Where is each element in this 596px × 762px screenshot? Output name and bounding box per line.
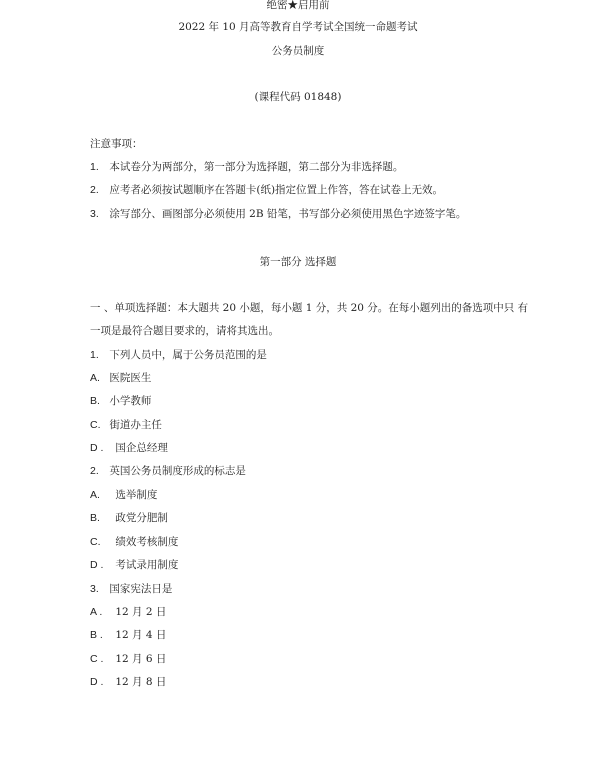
option-text: 12 月 8 日 bbox=[115, 676, 166, 688]
question-text: 下列人员中，属于公务员范围的是 bbox=[109, 349, 267, 361]
option-label: D . bbox=[90, 558, 112, 572]
option-label: A. bbox=[90, 488, 112, 502]
option: A. 医院医生 bbox=[90, 371, 151, 385]
option: C. 绩效考核制度 bbox=[90, 535, 178, 549]
option: D . 12 月 8 日 bbox=[90, 675, 166, 689]
option-label: D . bbox=[90, 675, 112, 689]
question-stem: 2. 英国公务员制度形成的标志是 bbox=[90, 464, 246, 478]
option-text: 小学教师 bbox=[109, 395, 151, 407]
subject-title: 公务员制度 bbox=[0, 44, 596, 58]
note-item: 3. 涂写部分、画图部分必须使用 2B 铅笔，书写部分必须使用黑色字迹签字笔。 bbox=[90, 207, 466, 221]
option-label: C. bbox=[90, 418, 106, 432]
option-text: 考试录用制度 bbox=[115, 559, 178, 571]
note-text: 涂写部分、画图部分必须使用 2B 铅笔，书写部分必须使用黑色字迹签字笔。 bbox=[109, 208, 466, 220]
question-stem: 3. 国家宪法日是 bbox=[90, 582, 172, 596]
option: C. 街道办主任 bbox=[90, 418, 162, 432]
option: D . 国企总经理 bbox=[90, 441, 168, 455]
part-one-title: 第一部分 选择题 bbox=[0, 255, 596, 269]
option: D . 考试录用制度 bbox=[90, 558, 178, 572]
option: B . 12 月 4 日 bbox=[90, 628, 166, 642]
option-label: C . bbox=[90, 652, 112, 666]
note-item: 1. 本试卷分为两部分，第一部分为选择题，第二部分为非选择题。 bbox=[90, 160, 403, 174]
option-label: D . bbox=[90, 441, 112, 455]
question-number: 1. bbox=[90, 348, 106, 362]
option-text: 国企总经理 bbox=[115, 442, 168, 454]
note-number: 2. bbox=[90, 183, 106, 197]
option-text: 12 月 2 日 bbox=[115, 606, 166, 618]
question-number: 2. bbox=[90, 464, 106, 478]
course-code: (课程代码 01848) bbox=[0, 90, 596, 104]
question-text: 国家宪法日是 bbox=[109, 583, 172, 595]
option-label: C. bbox=[90, 535, 112, 549]
question-text: 英国公务员制度形成的标志是 bbox=[109, 465, 246, 477]
question-number: 3. bbox=[90, 582, 106, 596]
instructions-line-2: 一项是最符合题目要求的，请将其选出。 bbox=[90, 324, 279, 338]
option: A. 选举制度 bbox=[90, 488, 157, 502]
option-label: B. bbox=[90, 511, 112, 525]
confidential-label: 绝密★启用前 bbox=[0, 0, 596, 12]
notes-title: 注意事项： bbox=[90, 137, 143, 151]
option-label: B. bbox=[90, 394, 106, 408]
instructions-line-1: 一 、单项选择题：本大题共 20 小题，每小题 1 分，共 20 分。在每小题列… bbox=[90, 301, 528, 315]
option-text: 医院医生 bbox=[109, 372, 151, 384]
option: A . 12 月 2 日 bbox=[90, 605, 166, 619]
option-text: 政党分肥制 bbox=[115, 512, 168, 524]
option-label: B . bbox=[90, 628, 112, 642]
option-label: A . bbox=[90, 605, 112, 619]
note-number: 3. bbox=[90, 207, 106, 221]
option-text: 12 月 6 日 bbox=[115, 653, 166, 665]
option-text: 街道办主任 bbox=[109, 419, 162, 431]
note-text: 本试卷分为两部分，第一部分为选择题，第二部分为非选择题。 bbox=[109, 161, 403, 173]
note-item: 2. 应考者必须按试题顺序在答题卡(纸)指定位置上作答，答在试卷上无效。 bbox=[90, 183, 443, 197]
exam-title: 2022 年 10 月高等教育自学考试全国统一命题考试 bbox=[0, 20, 596, 34]
option-text: 选举制度 bbox=[115, 489, 157, 501]
note-number: 1. bbox=[90, 160, 106, 174]
option-label: A. bbox=[90, 371, 106, 385]
note-text: 应考者必须按试题顺序在答题卡(纸)指定位置上作答，答在试卷上无效。 bbox=[109, 184, 443, 196]
option: B. 政党分肥制 bbox=[90, 511, 168, 525]
option: B. 小学教师 bbox=[90, 394, 151, 408]
option-text: 绩效考核制度 bbox=[115, 536, 178, 548]
option: C . 12 月 6 日 bbox=[90, 652, 166, 666]
question-stem: 1. 下列人员中，属于公务员范围的是 bbox=[90, 348, 267, 362]
option-text: 12 月 4 日 bbox=[115, 629, 166, 641]
